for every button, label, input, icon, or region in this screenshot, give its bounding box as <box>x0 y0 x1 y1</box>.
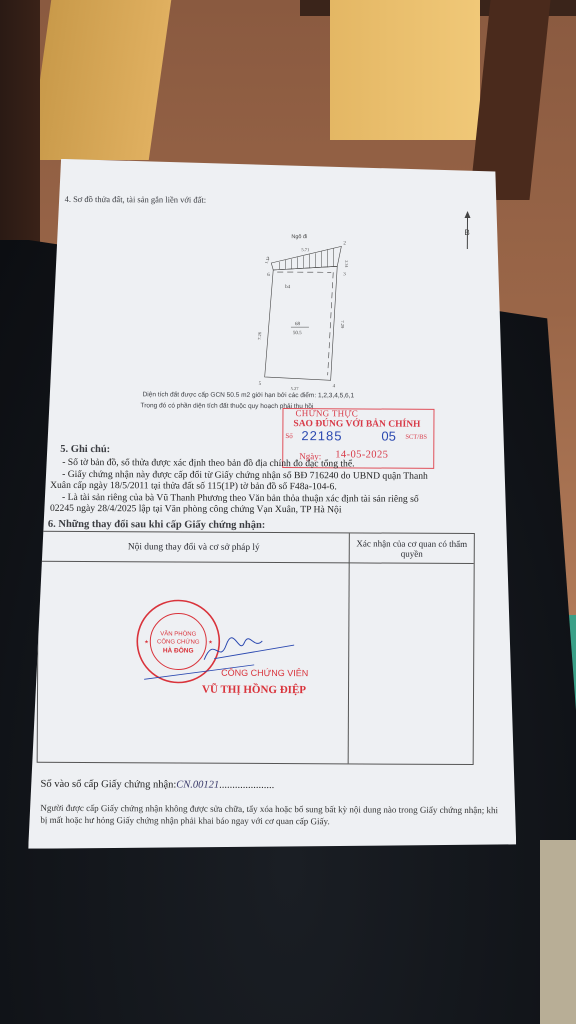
registration-line: Số vào sổ cấp Giấy chứng nhận:CN.00121..… <box>41 779 275 791</box>
svg-text:B: B <box>464 228 469 237</box>
registration-label: Số vào sổ cấp Giấy chứng nhận: <box>41 779 177 791</box>
svg-text:6: 6 <box>267 273 270 278</box>
svg-text:4: 4 <box>333 384 336 389</box>
stamp-number-label: Số <box>285 432 292 440</box>
section-4-title: 4. Sơ đồ thửa đất, tài sản gắn liền với … <box>65 194 207 205</box>
notes-list: - Số tờ bản đồ, số thửa được xác định th… <box>50 457 490 517</box>
svg-text:5: 5 <box>259 382 262 387</box>
note-line: 02245 ngày 28/4/2025 lập tại Văn phòng c… <box>50 503 490 517</box>
background-jacket <box>540 840 576 1024</box>
table-header-changes: Nội dung thay đổi và cơ sở pháp lý <box>39 532 350 564</box>
warning-text: Người được cấp Giấy chứng nhận không đượ… <box>40 802 500 828</box>
land-certificate-page: 4. Sơ đồ thửa đất, tài sản gắn liền với … <box>28 159 520 852</box>
section-6-title: 6. Những thay đổi sau khi cấp Giấy chứng… <box>48 519 265 531</box>
stamp-book-code: SCT/BS <box>405 434 427 441</box>
svg-text:3: 3 <box>343 272 346 277</box>
svg-text:7.26: 7.26 <box>257 331 262 340</box>
north-arrow-icon: B <box>461 211 473 251</box>
svg-text:50.5: 50.5 <box>293 331 302 336</box>
parcel-diagram: Ngõ đi 1 2 3 4 5 6 5.71 2.34 1.17 7.26 7… <box>251 230 372 391</box>
svg-text:Ngõ đi: Ngõ đi <box>291 234 307 240</box>
svg-text:b4: b4 <box>285 285 291 290</box>
registration-number: CN.00121 <box>176 779 219 790</box>
stamp-book-number: 05 <box>381 429 396 444</box>
stamp-header: CHỨNG THỰC <box>295 408 358 418</box>
svg-text:5.27: 5.27 <box>291 386 300 390</box>
svg-text:7.29: 7.29 <box>340 320 345 329</box>
background-stool-left <box>29 0 171 160</box>
notary-name: VŨ THỊ HỒNG ĐIỆP <box>202 684 306 697</box>
svg-text:5.71: 5.71 <box>301 247 309 252</box>
section-5-title: 5. Ghi chú: <box>60 444 110 455</box>
background-stool-right <box>330 0 480 140</box>
svg-text:2: 2 <box>343 241 346 246</box>
table-header-confirmation: Xác nhận của cơ quan có thẩm quyền <box>350 533 474 564</box>
table-divider <box>348 562 350 763</box>
stamp-number: 22185 <box>301 428 342 443</box>
parcel-area-text: Diện tích đất được cấp GCN 50.5 m2 giới … <box>143 391 355 399</box>
notary-title: CÔNG CHỨNG VIÊN <box>221 668 308 678</box>
svg-text:2.34: 2.34 <box>344 260 349 267</box>
svg-text:68: 68 <box>295 322 301 327</box>
